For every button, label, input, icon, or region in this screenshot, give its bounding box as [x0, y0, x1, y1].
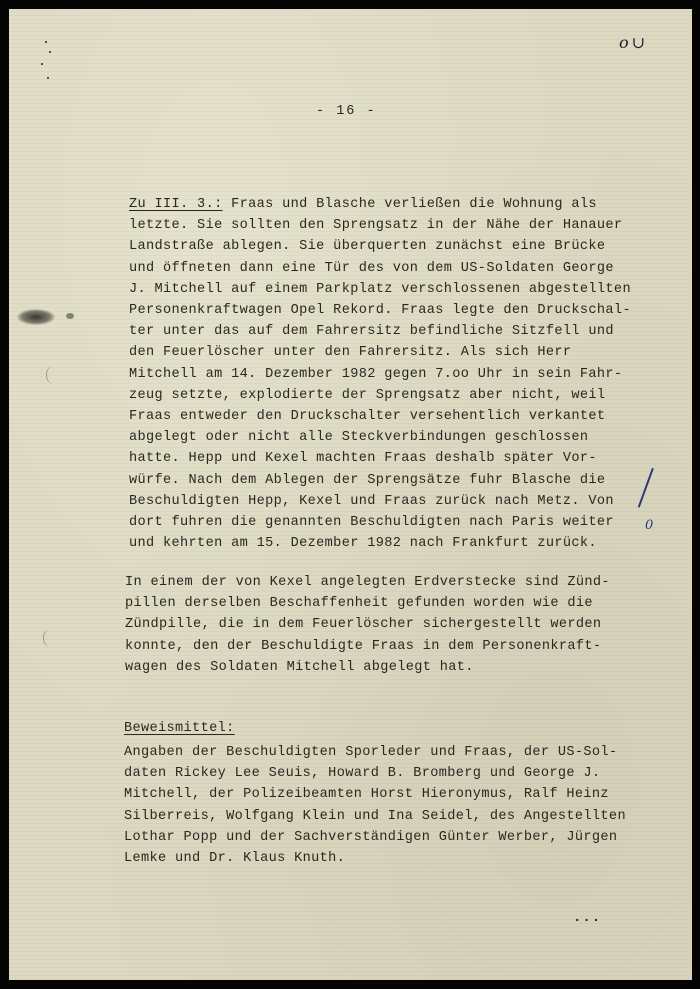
evidence-line: Lothar Popp und der Sachverständigen Gün…	[124, 830, 617, 845]
evidence-line: Lemke und Dr. Klaus Knuth.	[124, 851, 345, 866]
paragraph-line: letzte. Sie sollten den Sprengsatz in de…	[129, 218, 622, 233]
evidence-heading: Beweismittel:	[124, 721, 235, 736]
handwritten-annotation-top: o∪	[619, 33, 648, 52]
paragraph-line: würfe. Nach dem Ablegen der Sprengsätze …	[129, 473, 605, 488]
punch-hole-mark	[46, 366, 61, 384]
page-number: - 16 -	[316, 104, 377, 119]
paragraph-line: und kehrten am 15. Dezember 1982 nach Fr…	[129, 536, 597, 551]
evidence-list: Angaben der Beschuldigten Sporleder und …	[124, 742, 626, 869]
evidence-line: Angaben der Beschuldigten Sporleder und …	[124, 745, 617, 760]
evidence-line: daten Rickey Lee Seuis, Howard B. Brombe…	[124, 766, 600, 781]
paragraph-line: Zündpille, die in dem Feuerlöscher siche…	[125, 617, 601, 632]
ink-stain-small	[66, 313, 74, 319]
document-page: o∪ - 16 - Zu III. 3.: Fraas und Blasche …	[9, 9, 692, 980]
paragraph-line: und öffneten dann eine Tür des von dem U…	[129, 261, 614, 276]
paragraph-line: Fraas und Blasche verließen die Wohnung …	[223, 197, 597, 212]
paragraph-line: J. Mitchell auf einem Parkplatz verschlo…	[129, 282, 631, 297]
paragraph-line: Fraas entweder den Druckschalter versehe…	[129, 409, 605, 424]
paragraph-line: zeug setzte, explodierte der Sprengsatz …	[129, 388, 605, 403]
paragraph-line: In einem der von Kexel angelegten Erdver…	[125, 575, 610, 590]
paragraph-line: abgelegt oder nicht alle Steckverbindung…	[129, 430, 588, 445]
section-reference: Zu III. 3.:	[129, 197, 223, 212]
paragraph-line: ter unter das auf dem Fahrersitz befindl…	[129, 324, 614, 339]
evidence-line: Silberreis, Wolfgang Klein und Ina Seide…	[124, 809, 626, 824]
margin-annotation-letter: 0	[645, 518, 653, 533]
paragraph-line: pillen derselben Beschaffenheit gefunden…	[125, 596, 593, 611]
paragraph-evidence-findings: In einem der von Kexel angelegten Erdver…	[125, 572, 610, 678]
continuation-marker: ...	[573, 910, 601, 926]
paragraph-line: Landstraße ablegen. Sie überquerten zunä…	[129, 239, 605, 254]
paragraph-line: den Feuerlöscher unter den Fahrersitz. A…	[129, 345, 571, 360]
paragraph-line: Mitchell am 14. Dezember 1982 gegen 7.oo…	[129, 367, 622, 382]
paragraph-line: hatte. Hepp und Kexel machten Fraas desh…	[129, 451, 597, 466]
scan-specks	[39, 39, 59, 89]
punch-hole-mark	[43, 629, 58, 647]
paragraph-section-iii-3: Zu III. 3.: Fraas und Blasche verließen …	[129, 194, 631, 554]
paragraph-line: wagen des Soldaten Mitchell abgelegt hat…	[125, 660, 474, 675]
paragraph-line: konnte, den der Beschuldigte Fraas in de…	[125, 639, 601, 654]
margin-pen-mark-icon	[638, 468, 654, 508]
paragraph-line: dort fuhren die genannten Beschuldigten …	[129, 515, 614, 530]
paragraph-line: Beschuldigten Hepp, Kexel und Fraas zurü…	[129, 494, 614, 509]
ink-stain	[17, 309, 55, 325]
evidence-line: Mitchell, der Polizeibeamten Horst Hiero…	[124, 787, 609, 802]
paragraph-line: Personenkraftwagen Opel Rekord. Fraas le…	[129, 303, 631, 318]
